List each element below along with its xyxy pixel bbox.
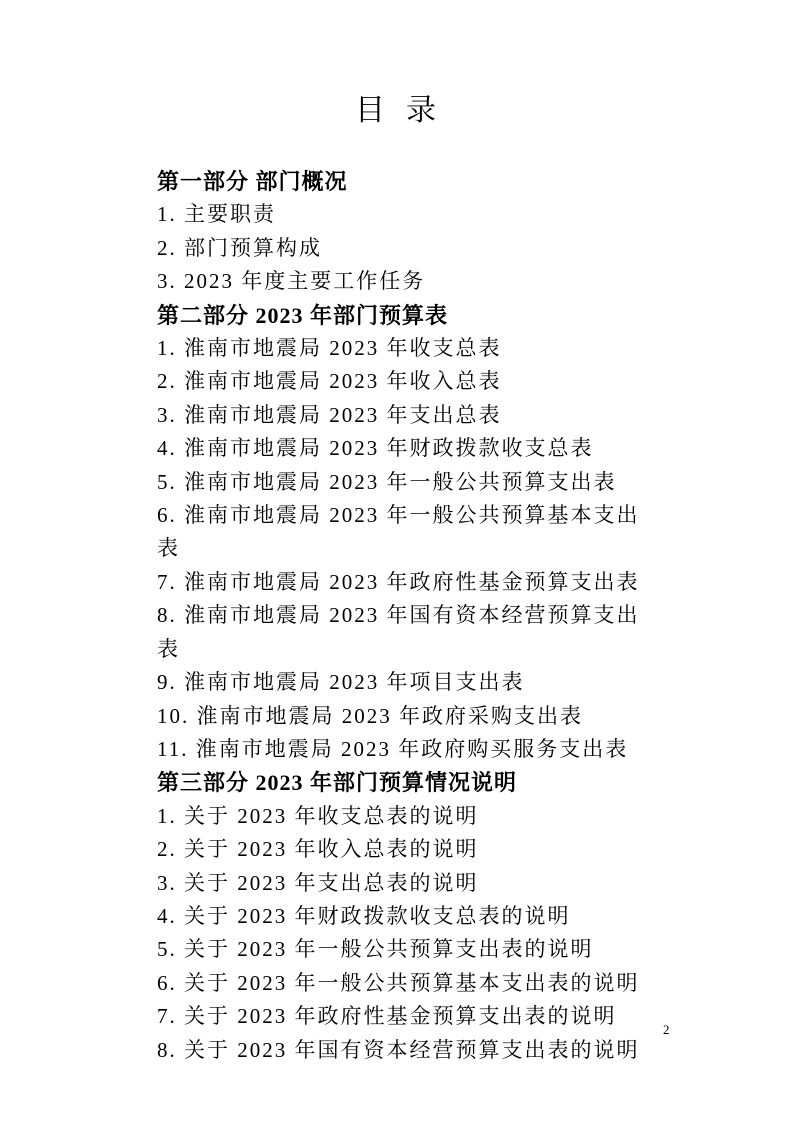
toc-item: 1. 淮南市地震局 2023 年收支总表: [157, 332, 653, 365]
toc-item: 5. 淮南市地震局 2023 年一般公共预算支出表: [157, 466, 653, 499]
toc-item: 3. 关于 2023 年支出总表的说明: [157, 867, 653, 900]
page-title: 目 录: [0, 0, 793, 131]
toc-item: 1. 主要职责: [157, 198, 653, 231]
toc-item: 8. 关于 2023 年国有资本经营预算支出表的说明: [157, 1034, 653, 1067]
toc-item: 3. 淮南市地震局 2023 年支出总表: [157, 399, 653, 432]
toc-item: 6. 关于 2023 年一般公共预算基本支出表的说明: [157, 967, 653, 1000]
toc-item: 6. 淮南市地震局 2023 年一般公共预算基本支出表: [157, 499, 653, 566]
toc-item: 10. 淮南市地震局 2023 年政府采购支出表: [157, 700, 653, 733]
toc-item: 2. 部门预算构成: [157, 232, 653, 265]
toc-item: 11. 淮南市地震局 2023 年政府购买服务支出表: [157, 733, 653, 766]
section-heading-part2: 第二部分 2023 年部门预算表: [157, 299, 653, 332]
toc-item: 1. 关于 2023 年收支总表的说明: [157, 800, 653, 833]
toc-item: 7. 关于 2023 年政府性基金预算支出表的说明: [157, 1000, 653, 1033]
toc-item: 2. 关于 2023 年收入总表的说明: [157, 833, 653, 866]
page-number: 2: [663, 1022, 670, 1038]
toc-item: 8. 淮南市地震局 2023 年国有资本经营预算支出表: [157, 599, 653, 666]
toc-item: 3. 2023 年度主要工作任务: [157, 265, 653, 298]
section-heading-part1: 第一部分 部门概况: [157, 165, 653, 198]
section-heading-part3: 第三部分 2023 年部门预算情况说明: [157, 766, 653, 799]
toc-item: 5. 关于 2023 年一般公共预算支出表的说明: [157, 933, 653, 966]
toc-item: 2. 淮南市地震局 2023 年收入总表: [157, 365, 653, 398]
toc-item: 7. 淮南市地震局 2023 年政府性基金预算支出表: [157, 566, 653, 599]
toc-item: 4. 淮南市地震局 2023 年财政拨款收支总表: [157, 432, 653, 465]
table-of-contents: 第一部分 部门概况 1. 主要职责 2. 部门预算构成 3. 2023 年度主要…: [0, 165, 793, 1067]
toc-item: 4. 关于 2023 年财政拨款收支总表的说明: [157, 900, 653, 933]
toc-item: 9. 淮南市地震局 2023 年项目支出表: [157, 666, 653, 699]
document-page: 目 录 第一部分 部门概况 1. 主要职责 2. 部门预算构成 3. 2023 …: [0, 0, 793, 1122]
